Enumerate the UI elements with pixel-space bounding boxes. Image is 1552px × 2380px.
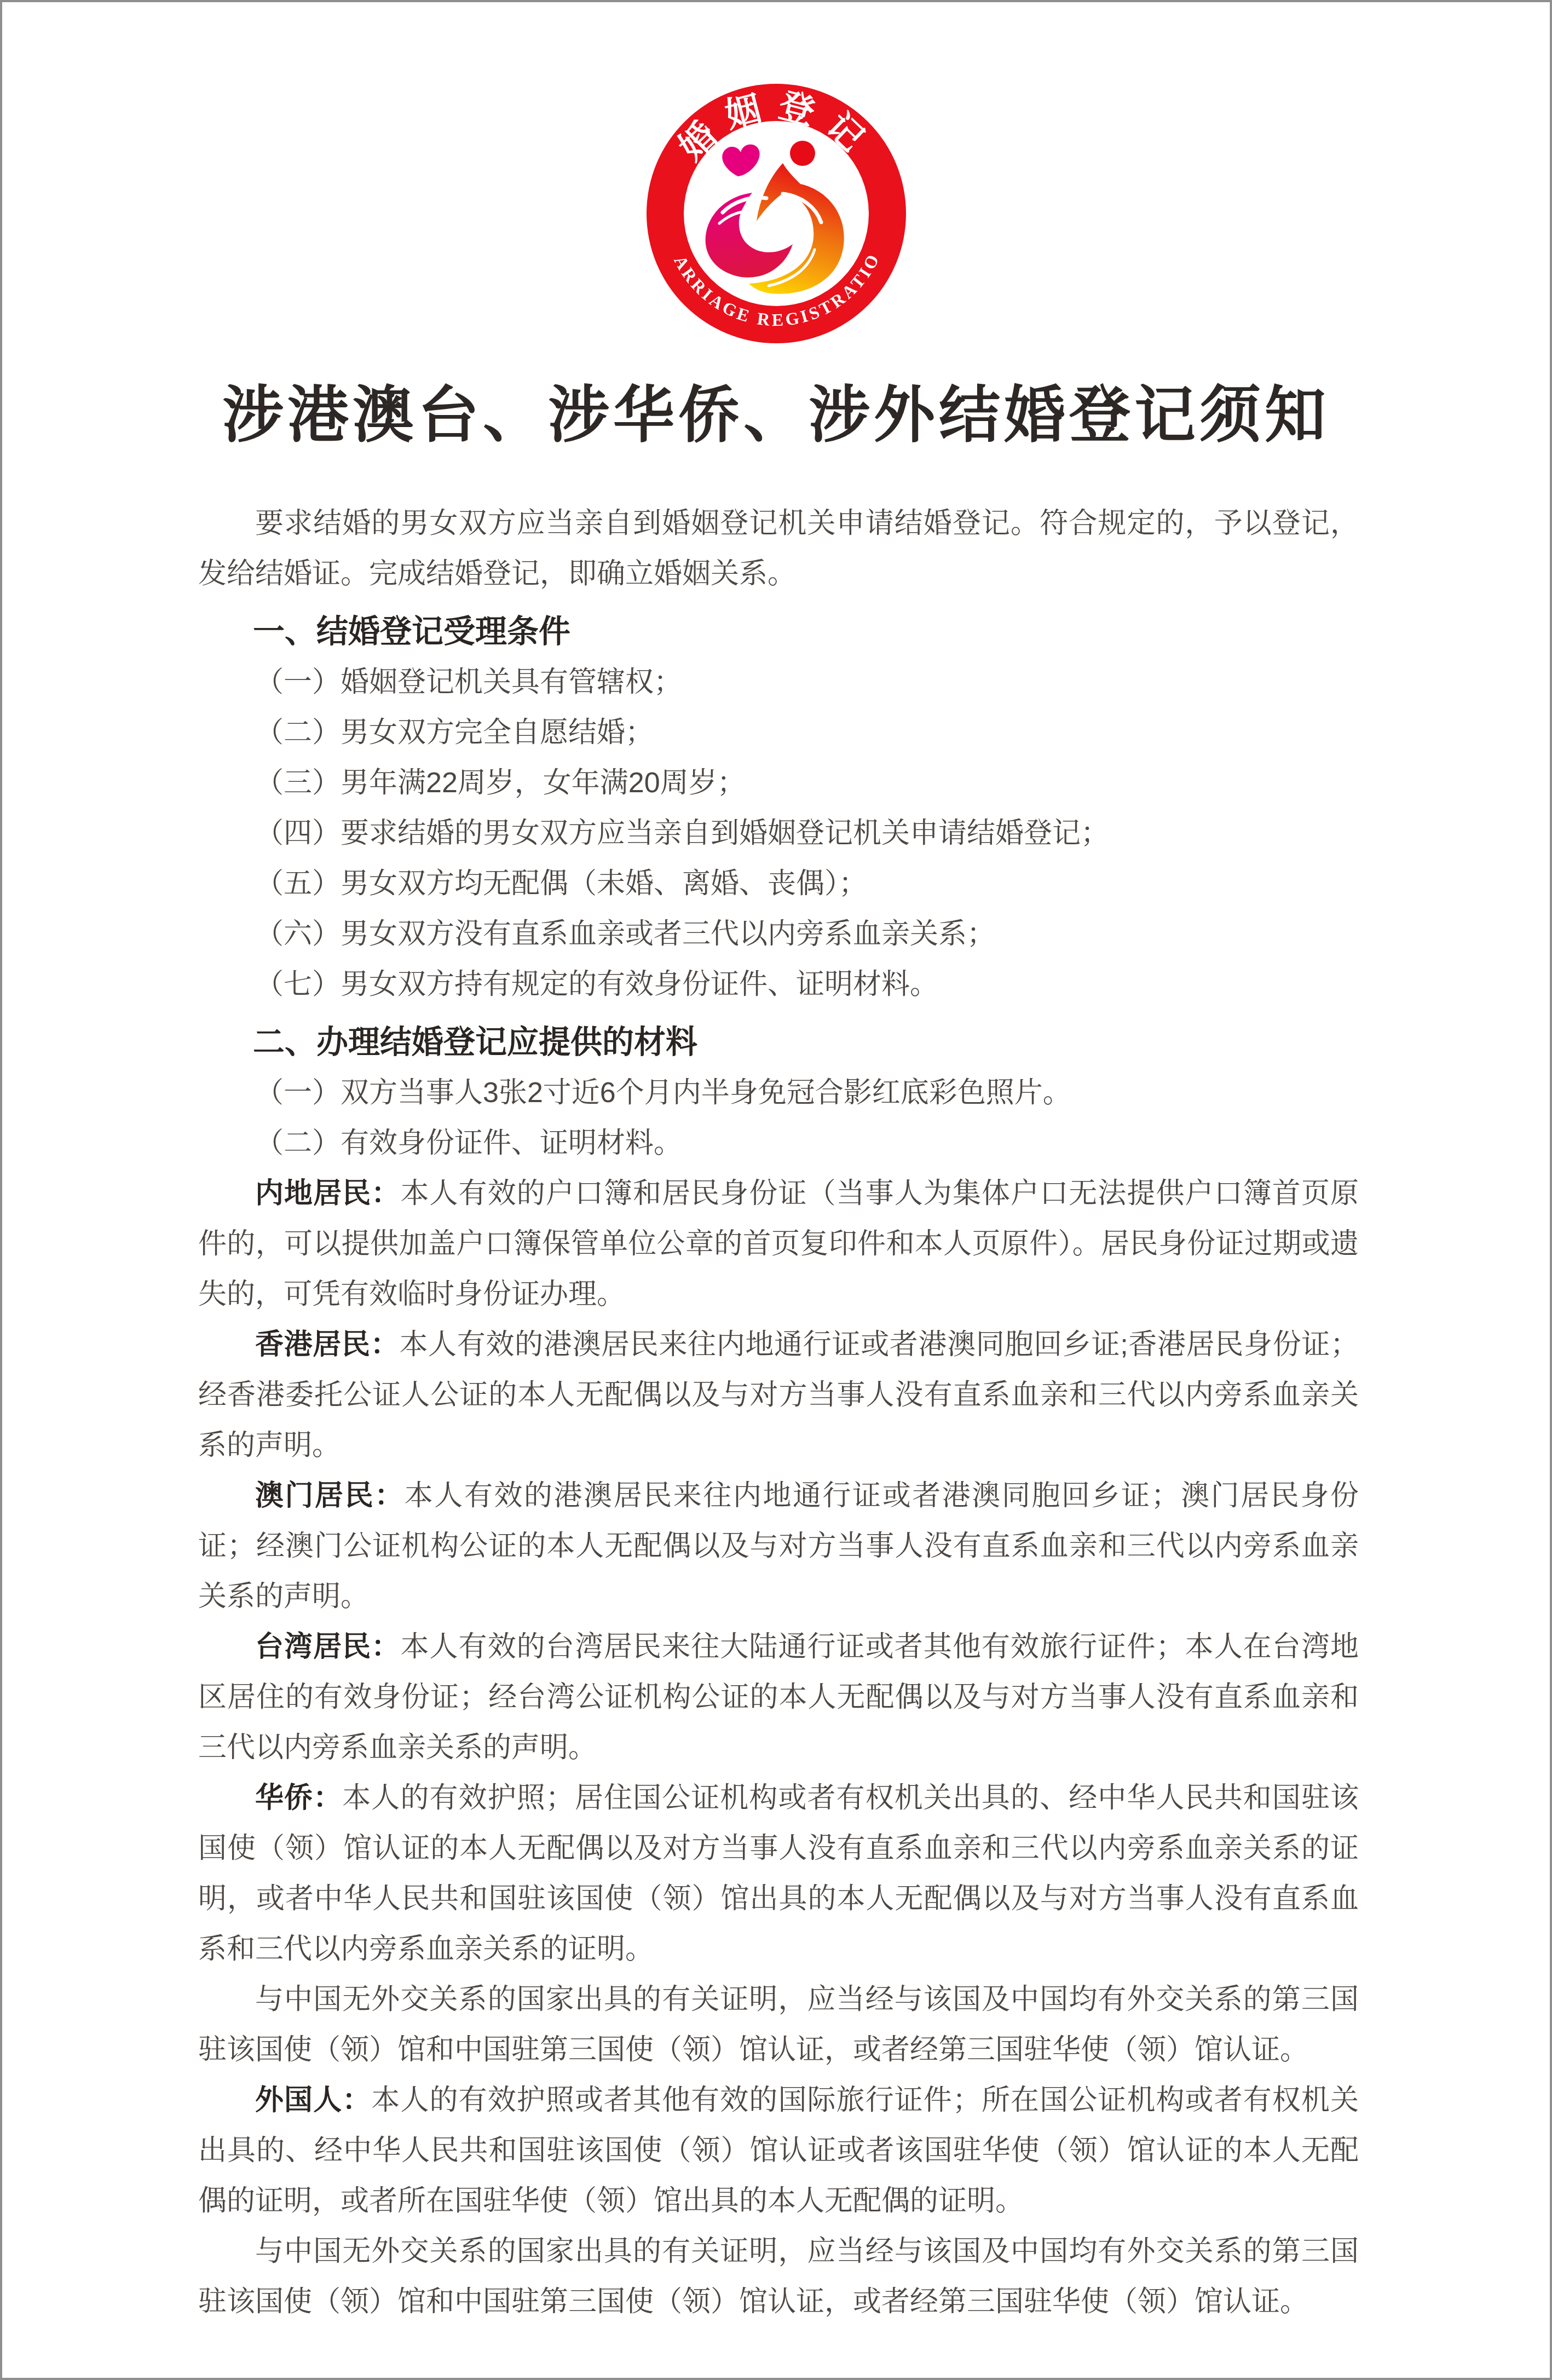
paragraph: 要求结婚的男女双方应当亲自到婚姻登记机关申请结婚登记。符合规定的，予以登记，发给… <box>198 498 1359 599</box>
paragraph: （二）男女双方完全自愿结婚； <box>198 707 1359 758</box>
paragraph-text: （三）男年满22周岁，女年满20周岁； <box>255 767 746 799</box>
paragraph: （二）有效身份证件、证明材料。 <box>198 1118 1359 1168</box>
paragraph-text: （四）要求结婚的男女双方应当亲自到婚姻登记机关申请结婚登记； <box>255 817 1109 849</box>
marriage-logo-svg: 婚姻登记 MARRIAGE REGISTRATION <box>645 82 908 345</box>
paragraph: （五）男女双方均无配偶（未婚、离婚、丧偶）； <box>198 858 1359 909</box>
marriage-registration-logo: 婚姻登记 MARRIAGE REGISTRATION <box>645 82 908 345</box>
paragraph-lead: 澳门居民： <box>255 1480 405 1512</box>
paragraph: 香港居民：本人有效的港澳居民来往内地通行证或者港澳同胞回乡证;香港居民身份证；经… <box>198 1319 1359 1471</box>
section-heading: 二、办理结婚登记应提供的材料 <box>198 1017 1359 1068</box>
paragraph: （一）双方当事人3张2寸近6个月内半身免冠合影红底彩色照片。 <box>198 1068 1359 1118</box>
paragraph-text: 二、办理结婚登记应提供的材料 <box>253 1024 697 1060</box>
paragraph-text: （二）男女双方完全自愿结婚； <box>255 717 654 748</box>
paragraph-text: （一）婚姻登记机关具有管辖权； <box>255 666 682 698</box>
paragraph-text: （七）男女双方持有规定的有效身份证件、证明材料。 <box>255 969 938 1000</box>
paragraph-text: （六）男女双方没有直系血亲或者三代以内旁系血亲关系； <box>255 918 995 950</box>
paragraph-text: （一）双方当事人3张2寸近6个月内半身免冠合影红底彩色照片。 <box>255 1077 1071 1109</box>
paragraph-lead: 香港居民： <box>255 1329 399 1361</box>
paragraph-text: （五）男女双方均无配偶（未婚、离婚、丧偶）； <box>255 868 867 900</box>
paragraph: 与中国无外交关系的国家出具的有关证明，应当经与该国及中国均有外交关系的第三国驻该… <box>198 1974 1359 2075</box>
paragraph: （七）男女双方持有规定的有效身份证件、证明材料。 <box>198 959 1359 1010</box>
paragraph-text: 与中国无外交关系的国家出具的有关证明，应当经与该国及中国均有外交关系的第三国驻该… <box>198 2235 1359 2318</box>
right-figure-head <box>790 141 815 166</box>
paragraph: （三）男年满22周岁，女年满20周岁； <box>198 758 1359 808</box>
paragraph-text: 要求结婚的男女双方应当亲自到婚姻登记机关申请结婚登记。符合规定的，予以登记，发给… <box>198 508 1359 590</box>
paragraph: 外国人：本人的有效护照或者其他有效的国际旅行证件；所在国公证机构或者有权机关出具… <box>198 2075 1359 2226</box>
paragraph-lead: 台湾居民： <box>255 1631 400 1663</box>
paragraph-text: 本人的有效护照或者其他有效的国际旅行证件；所在国公证机构或者有权机关出具的、经中… <box>198 2084 1359 2217</box>
paragraph-text: 本人的有效护照；居住国公证机构或者有权机关出具的、经中华人民共和国驻该国使（领）… <box>198 1782 1359 1965</box>
page-title: 涉港澳台、涉华侨、涉外结婚登记须知 <box>2 380 1550 451</box>
paragraph: （六）男女双方没有直系血亲或者三代以内旁系血亲关系； <box>198 909 1359 959</box>
paragraph: 华侨：本人的有效护照；居住国公证机构或者有权机关出具的、经中华人民共和国驻该国使… <box>198 1773 1359 1974</box>
paragraph: 台湾居民：本人有效的台湾居民来往大陆通行证或者其他有效旅行证件；本人在台湾地区居… <box>198 1622 1359 1773</box>
section-heading: 一、结婚登记受理条件 <box>198 607 1359 657</box>
paragraph: 内地居民：本人有效的户口簿和居民身份证（当事人为集体户口无法提供户口簿首页原件的… <box>198 1168 1359 1319</box>
document-page: 婚姻登记 MARRIAGE REGISTRATION 涉港澳台、涉华侨、涉 <box>0 0 1552 2380</box>
paragraph: 澳门居民：本人有效的港澳居民来往内地通行证或者港澳同胞回乡证；澳门居民身份证；经… <box>198 1471 1359 1622</box>
paragraph-text: （二）有效身份证件、证明材料。 <box>255 1127 682 1159</box>
paragraph-text: 与中国无外交关系的国家出具的有关证明，应当经与该国及中国均有外交关系的第三国驻该… <box>198 1984 1359 2066</box>
paragraph: （一）婚姻登记机关具有管辖权； <box>198 657 1359 707</box>
document-body: 要求结婚的男女双方应当亲自到婚姻登记机关申请结婚登记。符合规定的，予以登记，发给… <box>198 498 1359 2327</box>
paragraph: （四）要求结婚的男女双方应当亲自到婚姻登记机关申请结婚登记； <box>198 808 1359 858</box>
paragraph: 与中国无外交关系的国家出具的有关证明，应当经与该国及中国均有外交关系的第三国驻该… <box>198 2226 1359 2327</box>
paragraph-lead: 外国人： <box>255 2084 371 2116</box>
paragraph-lead: 内地居民： <box>255 1178 400 1209</box>
paragraph-text: 一、结婚登记受理条件 <box>253 614 570 649</box>
paragraph-lead: 华侨： <box>255 1782 342 1814</box>
